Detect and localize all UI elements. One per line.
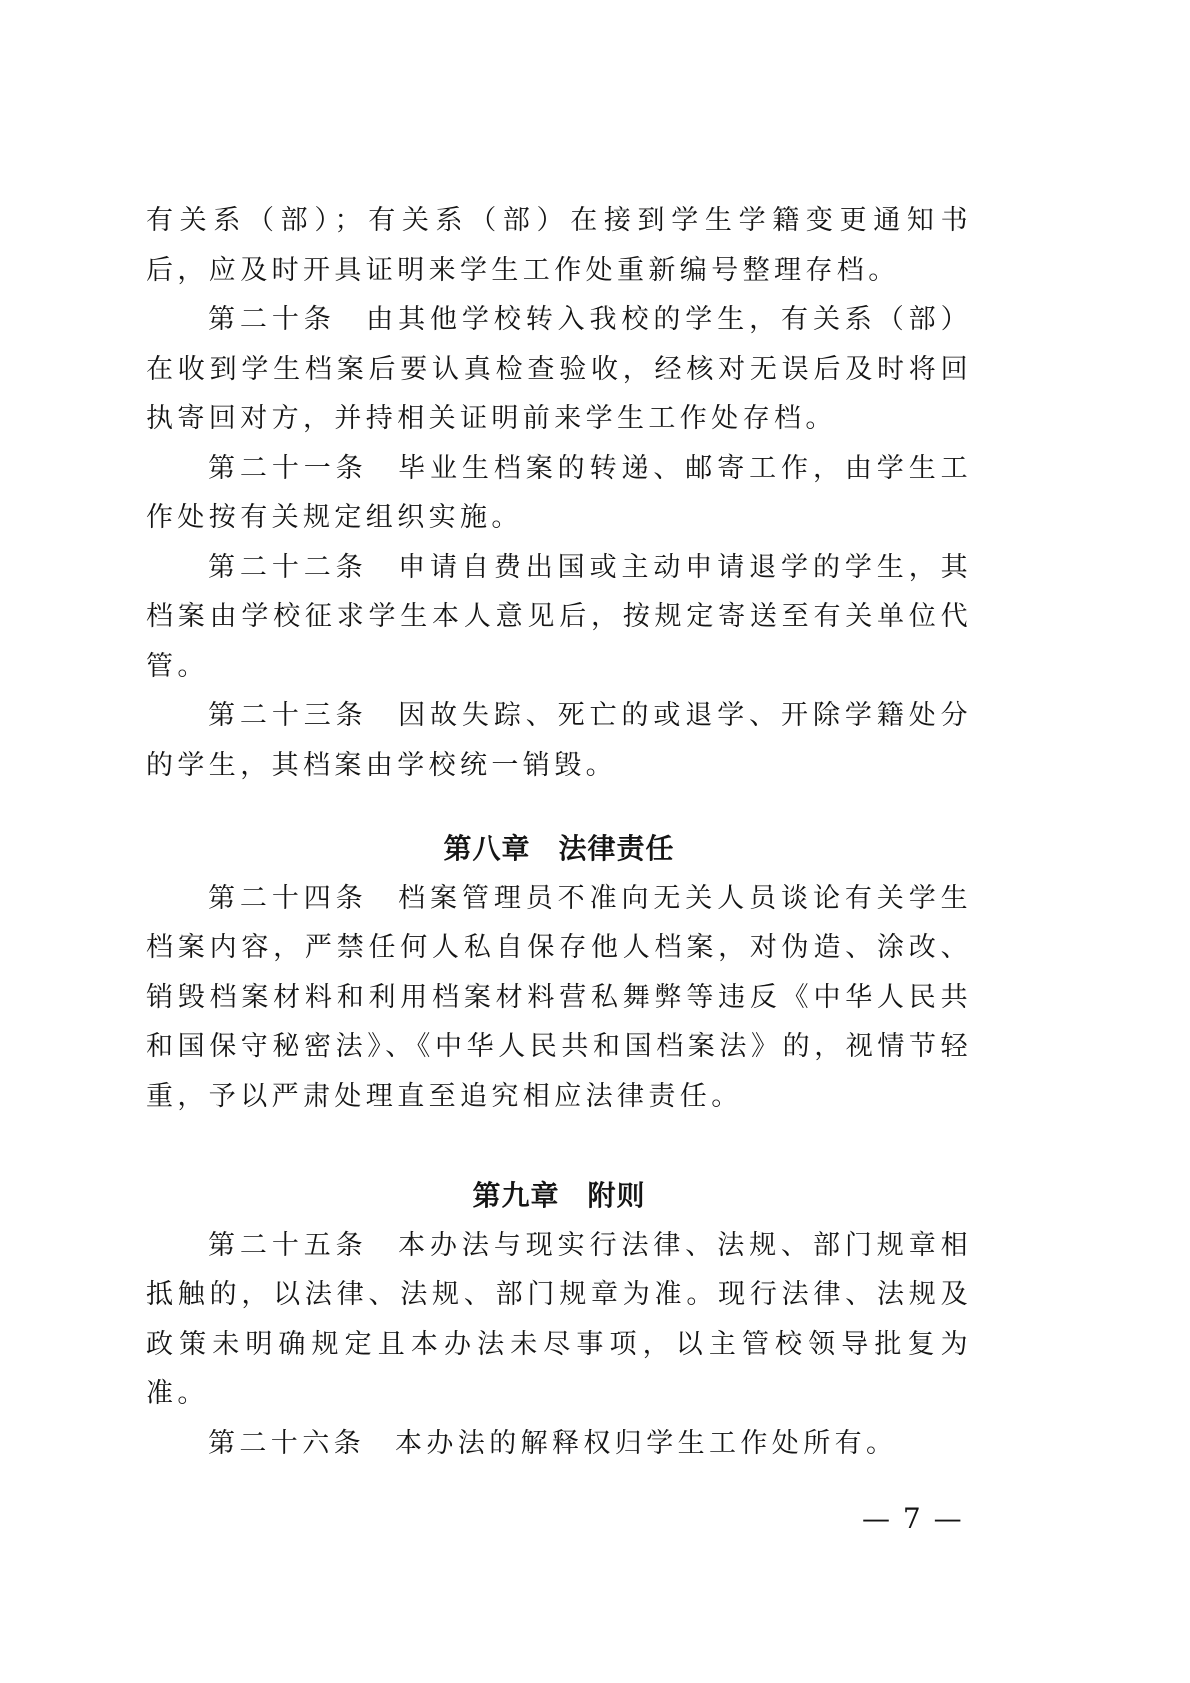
- chapter-9-heading: 第九章附则: [146, 1171, 972, 1221]
- chapter-title: 附则: [588, 1179, 646, 1212]
- article-number: 第二十条: [208, 304, 336, 335]
- chapter-8-heading: 第八章法律责任: [146, 824, 972, 874]
- article-26: 第二十六条本办法的解释权归学生工作处所有。: [146, 1419, 972, 1469]
- article-24: 第二十四条档案管理员不准向无关人员谈论有关学生档案内容，严禁任何人私自保存他人档…: [146, 874, 972, 1122]
- article-number: 第二十二条: [208, 552, 368, 583]
- article-20: 第二十条由其他学校转入我校的学生，有关系（部）在收到学生档案后要认真检查验收，经…: [146, 295, 972, 444]
- chapter-number: 第九章: [472, 1179, 559, 1212]
- article-number: 第二十一条: [208, 453, 368, 484]
- article-number: 第二十四条: [208, 883, 368, 914]
- article-number: 第二十六条: [208, 1428, 365, 1459]
- section-spacer: [146, 1121, 972, 1171]
- article-text: 本办法的解释权归学生工作处所有。: [395, 1428, 897, 1459]
- section-spacer: [146, 790, 972, 824]
- article-23: 第二十三条因故失踪、死亡的或退学、开除学籍处分的学生，其档案由学校统一销毁。: [146, 691, 972, 790]
- document-page: 有关系（部）；有关系（部）在接到学生学籍变更通知书后，应及时开具证明来学生工作处…: [0, 0, 1190, 1683]
- article-number: 第二十五条: [208, 1230, 368, 1261]
- page-number: — 7 —: [862, 1502, 964, 1535]
- chapter-number: 第八章: [443, 832, 530, 865]
- article-text: 档案管理员不准向无关人员谈论有关学生档案内容，严禁任何人私自保存他人档案，对伪造…: [146, 883, 972, 1112]
- article-22: 第二十二条申请自费出国或主动申请退学的学生，其档案由学校征求学生本人意见后，按规…: [146, 543, 972, 692]
- article-25: 第二十五条本办法与现实行法律、法规、部门规章相抵触的，以法律、法规、部门规章为准…: [146, 1221, 972, 1419]
- continuation-paragraph: 有关系（部）；有关系（部）在接到学生学籍变更通知书后，应及时开具证明来学生工作处…: [146, 196, 972, 295]
- chapter-title: 法律责任: [559, 832, 675, 865]
- article-21: 第二十一条毕业生档案的转递、邮寄工作，由学生工作处按有关规定组织实施。: [146, 444, 972, 543]
- document-body: 有关系（部）；有关系（部）在接到学生学籍变更通知书后，应及时开具证明来学生工作处…: [146, 196, 972, 1468]
- article-number: 第二十三条: [208, 700, 368, 731]
